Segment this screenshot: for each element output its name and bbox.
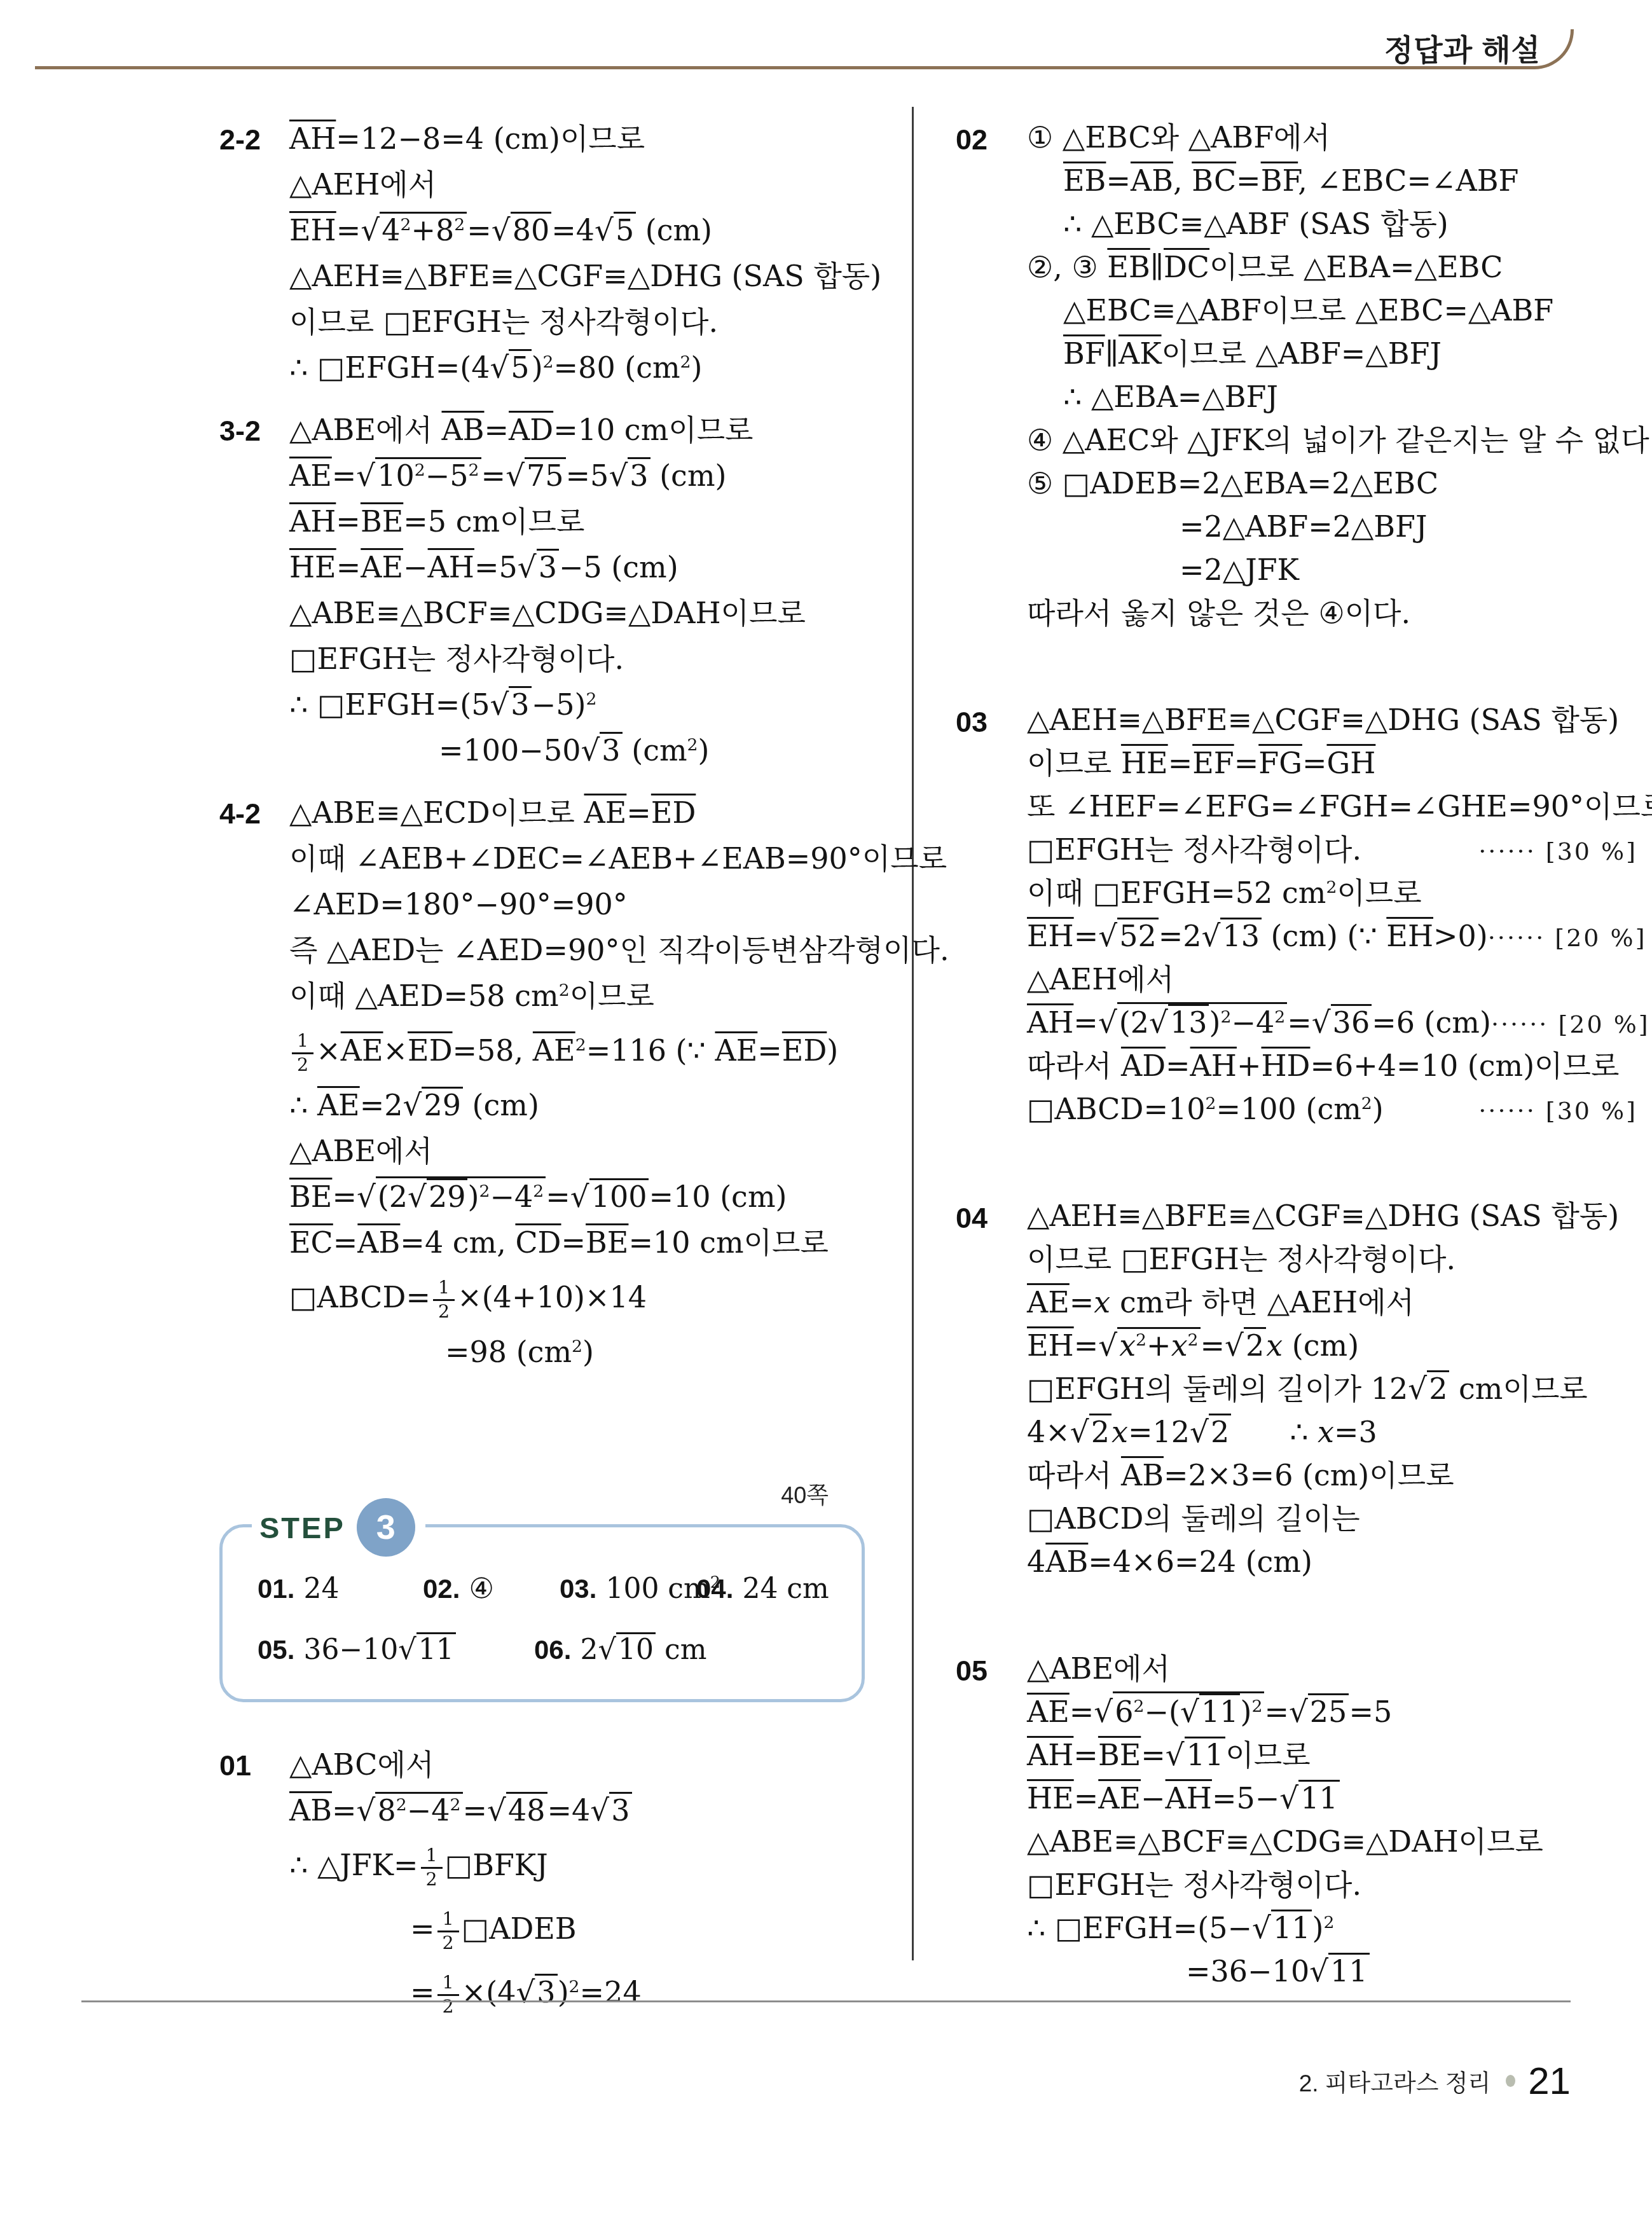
- math-text: △ABE≡△ECD이므로 AE=ED: [289, 795, 696, 830]
- math-text: AE=√62−(√11)2=√25=5: [1027, 1695, 1392, 1729]
- math-line: □EFGH는 정사각형이다.: [289, 636, 865, 682]
- math-text: =98 (cm2): [289, 1335, 594, 1369]
- math-line: AH=√(2√13)2−42=√36=6 (cm)······ [20 %]: [1027, 1001, 1637, 1044]
- numbered-solutions-right: 02① △EBC와 △ABF에서EB=AB, BC=BF, ∠EBC=∠ABF∴…: [956, 116, 1637, 1993]
- score-note: ······ [30 %]: [1478, 830, 1637, 873]
- math-line: □EFGH의 둘레의 길이가 12√2 cm이므로: [1027, 1367, 1637, 1410]
- solution-block: 03△AEH≡△BFE≡△CGF≡△DHG (SAS 합동)이므로 HE=EF=…: [956, 698, 1637, 1131]
- math-text: EH=√x2+x2=√2x (cm): [1027, 1328, 1359, 1363]
- math-line: □EFGH는 정사각형이다.······ [30 %]: [1027, 828, 1637, 871]
- math-text: AH=12−8=4 (cm)이므로: [289, 121, 645, 156]
- solution-body: △ABE≡△ECD이므로 AE=ED이때 ∠AEB+∠DEC=∠AEB+∠EAB…: [289, 790, 865, 1375]
- math-text: BE=√(2√29)2−42=√100=10 (cm): [289, 1180, 787, 1214]
- math-line: ∴ □EFGH=(5√3−5)2: [289, 682, 865, 727]
- math-text: 따라서 AB=2×3=6 (cm)이므로: [1027, 1458, 1454, 1492]
- math-text: □EFGH의 둘레의 길이가 12√2 cm이므로: [1027, 1372, 1588, 1406]
- answer-number: 02.: [423, 1574, 460, 1604]
- math-text: ②, ③ EB∥DC이므로 △EBA=△EBC: [1027, 250, 1503, 284]
- answer-item: 02.④: [423, 1573, 560, 1605]
- math-line: AH=BE=√11이므로: [1027, 1733, 1637, 1777]
- math-text: △AEH에서: [1027, 962, 1174, 996]
- footer-page-number: 21: [1528, 2059, 1571, 2103]
- math-line: △AEH에서: [1027, 958, 1637, 1001]
- math-text: AH=√(2√13)2−42=√36=6 (cm): [1027, 1001, 1491, 1045]
- step-text: STEP: [259, 1510, 345, 1545]
- math-line: □ABCD=102=100 (cm2)······ [30 %]: [1027, 1087, 1637, 1131]
- math-text: 즉 △AED는 ∠AED=90°인 직각이등변삼각형이다.: [289, 933, 949, 967]
- math-line: □ABCD=12×(4+10)×14: [289, 1265, 865, 1329]
- column-divider: [912, 107, 914, 1960]
- math-line: AH=12−8=4 (cm)이므로: [289, 116, 865, 162]
- math-text: HE=AE−AH=5√3−5 (cm): [289, 550, 678, 584]
- math-text: △AEH에서: [289, 167, 436, 202]
- right-column: 02① △EBC와 △ABF에서EB=AB, BC=BF, ∠EBC=∠ABF∴…: [956, 116, 1637, 2056]
- math-line: ∴ △JFK=12□BFKJ: [289, 1833, 865, 1897]
- footer-chapter: 2. 피타고라스 정리: [1299, 2064, 1491, 2098]
- math-text: =100−50√3 (cm2): [289, 733, 709, 767]
- math-text: =2△JFK: [1027, 553, 1299, 587]
- math-line: AE=√62−(√11)2=√25=5: [1027, 1690, 1637, 1733]
- answer-number: 01.: [258, 1574, 294, 1604]
- math-text: 4×√2x=12√2 ∴ x=3: [1027, 1415, 1377, 1449]
- math-text: ∠AED=180°−90°=90°: [289, 887, 628, 921]
- math-line: □EFGH는 정사각형이다.: [1027, 1863, 1637, 1906]
- math-text: ④ △AEC와 △JFK의 넓이가 같은지는 알 수 없다.: [1027, 423, 1652, 457]
- math-text: 따라서 옳지 않은 것은 ④이다.: [1027, 596, 1410, 630]
- math-line: =12□ADEB: [289, 1897, 865, 1960]
- solution-block: 4-2△ABE≡△ECD이므로 AE=ED이때 ∠AEB+∠DEC=∠AEB+∠…: [219, 790, 865, 1375]
- math-line: 4AB=4×6=24 (cm): [1027, 1540, 1637, 1583]
- header-rule: [35, 29, 1574, 69]
- math-text: AE=x cm라 하면 △AEH에서: [1027, 1285, 1414, 1319]
- answer-number: 04.: [696, 1574, 733, 1604]
- math-text: △ABC에서: [289, 1747, 434, 1782]
- math-line: ① △EBC와 △ABF에서: [1027, 116, 1637, 159]
- problem-number: 02: [956, 116, 1027, 635]
- math-text: □EFGH는 정사각형이다.: [1027, 828, 1361, 871]
- math-text: 12×AE×ED=58, AE2=116 (∵ AE=ED): [289, 1033, 838, 1068]
- math-text: △AEH≡△BFE≡△CGF≡△DHG (SAS 합동): [289, 259, 881, 293]
- math-line: ∴ AE=2√29 (cm): [289, 1082, 865, 1128]
- score-note: ······ [30 %]: [1478, 1089, 1637, 1132]
- math-text: AH=BE=5 cm이므로: [289, 504, 584, 539]
- math-line: HE=AE−AH=5√3−5 (cm): [289, 544, 865, 590]
- answer-value: 2√10 cm: [580, 1632, 706, 1667]
- answer-item: 05.36−10√11: [258, 1632, 534, 1667]
- answer-item: 03.100 cm2: [560, 1573, 696, 1605]
- math-line: BF∥AK이므로 △ABF=△BFJ: [1027, 332, 1637, 375]
- math-text: ∴ □EFGH=(4√5)2=80 (cm2): [289, 350, 703, 385]
- score-note: ······ [20 %]: [1488, 916, 1647, 960]
- math-text: 따라서 AD=AH+HD=6+4=10 (cm)이므로: [1027, 1049, 1619, 1083]
- answer-value: ④: [469, 1573, 493, 1605]
- math-line: EH=√42+82=√80=4√5 (cm): [289, 207, 865, 253]
- math-line: AE=x cm라 하면 △AEH에서: [1027, 1281, 1637, 1324]
- math-line: ⑤ □ADEB=2△EBA=2△EBC: [1027, 462, 1637, 505]
- footer-dot: [1506, 2075, 1515, 2087]
- math-line: 이때 △AED=58 cm2이므로: [289, 973, 865, 1019]
- math-text: =2△ABF=2△BFJ: [1027, 509, 1427, 544]
- math-text: □ABCD=12×(4+10)×14: [289, 1280, 647, 1314]
- answer-number: 05.: [258, 1635, 294, 1665]
- math-text: 이때 ∠AEB+∠DEC=∠AEB+∠EAB=90°이므로: [289, 841, 947, 876]
- answer-item: 04.24 cm: [696, 1573, 829, 1605]
- math-text: ∴ △EBA=△BFJ: [1027, 380, 1278, 414]
- math-line: 이므로 □EFGH는 정사각형이다.: [289, 299, 865, 345]
- math-text: =36−10√11: [1027, 1954, 1370, 1988]
- math-line: 이므로 HE=EF=FG=GH: [1027, 741, 1637, 785]
- math-text: ∴ □EFGH=(5−√11)2: [1027, 1911, 1334, 1945]
- math-text: ∴ △EBC≡△ABF (SAS 합동): [1027, 207, 1449, 241]
- math-line: 또 ∠HEF=∠EFG=∠FGH=∠GHE=90°이므로: [1027, 785, 1637, 828]
- math-text: EC=AB=4 cm, CD=BE=10 cm이므로: [289, 1225, 829, 1260]
- problem-number: 01: [219, 1742, 289, 2024]
- solution-body: △AEH≡△BFE≡△CGF≡△DHG (SAS 합동)이므로 HE=EF=FG…: [1027, 698, 1637, 1131]
- math-text: △ABE≡△BCF≡△CDG≡△DAH이므로: [289, 596, 806, 630]
- answer-item: 01.24: [258, 1573, 423, 1605]
- answer-value: 36−10√11: [303, 1632, 455, 1667]
- math-line: △ABC에서: [289, 1742, 865, 1787]
- math-text: ⑤ □ADEB=2△EBA=2△EBC: [1027, 466, 1438, 500]
- math-line: ∴ □EFGH=(5−√11)2: [1027, 1906, 1637, 1950]
- math-text: EH=√52=2√13 (cm) (∵ EH>0): [1027, 914, 1488, 958]
- footer: 2. 피타고라스 정리 21: [1299, 2059, 1571, 2103]
- solution-body: △AEH≡△BFE≡△CGF≡△DHG (SAS 합동)이므로 □EFGH는 정…: [1027, 1194, 1637, 1583]
- math-text: △ABE에서: [1027, 1651, 1170, 1686]
- math-line: △ABE에서 AB=AD=10 cm이므로: [289, 407, 865, 453]
- math-line: =36−10√11: [1027, 1950, 1637, 1993]
- math-text: =12□ADEB: [289, 1911, 577, 1946]
- math-line: △AEH≡△BFE≡△CGF≡△DHG (SAS 합동): [1027, 1194, 1637, 1237]
- math-text: AH=BE=√11이므로: [1027, 1738, 1311, 1772]
- math-line: ∠AED=180°−90°=90°: [289, 881, 865, 927]
- answer-list: 01.2402.④03.100 cm204.24 cm05.36−10√1106…: [258, 1558, 862, 1680]
- step3-answer-box: STEP 3 40쪽 01.2402.④03.100 cm204.24 cm05…: [219, 1524, 865, 1702]
- problem-number: 03: [956, 698, 1027, 1131]
- math-line: 이때 □EFGH=52 cm2이므로: [1027, 871, 1637, 914]
- math-text: △AEH≡△BFE≡△CGF≡△DHG (SAS 합동): [1027, 1199, 1619, 1233]
- math-line: △EBC≡△ABF이므로 △EBC=△ABF: [1027, 289, 1637, 332]
- step-number-badge: 3: [357, 1498, 415, 1557]
- solution-body: △ABE에서AE=√62−(√11)2=√25=5AH=BE=√11이므로HE=…: [1027, 1647, 1637, 1993]
- math-line: △AEH에서: [289, 162, 865, 207]
- math-line: ②, ③ EB∥DC이므로 △EBA=△EBC: [1027, 245, 1637, 289]
- math-text: AB=√82−42=√48=4√3: [289, 1793, 632, 1827]
- solution-block: 02① △EBC와 △ABF에서EB=AB, BC=BF, ∠EBC=∠ABF∴…: [956, 116, 1637, 635]
- problem-number: 4-2: [219, 790, 289, 1375]
- answer-row: 05.36−10√1106.2√10 cm: [258, 1619, 862, 1680]
- math-line: ∴ □EFGH=(4√5)2=80 (cm2): [289, 345, 865, 390]
- math-text: □ABCD=102=100 (cm2): [1027, 1087, 1384, 1131]
- math-text: EB=AB, BC=BF, ∠EBC=∠ABF: [1027, 163, 1518, 198]
- step3-label: STEP 3: [252, 1494, 425, 1560]
- answer-value: 24 cm: [742, 1573, 829, 1605]
- problem-number: 2-2: [219, 116, 289, 390]
- math-line: △ABE에서: [289, 1128, 865, 1174]
- math-line: △AEH≡△BFE≡△CGF≡△DHG (SAS 합동): [289, 253, 865, 299]
- math-line: EC=AB=4 cm, CD=BE=10 cm이므로: [289, 1220, 865, 1265]
- answer-row: 01.2402.④03.100 cm204.24 cm: [258, 1558, 862, 1619]
- numbered-solutions-left: 01△ABC에서AB=√82−42=√48=4√3∴ △JFK=12□BFKJ=…: [219, 1742, 865, 2024]
- math-text: BF∥AK이므로 △ABF=△BFJ: [1027, 336, 1442, 371]
- math-line: EH=√52=2√13 (cm) (∵ EH>0)······ [20 %]: [1027, 914, 1637, 958]
- math-line: 4×√2x=12√2 ∴ x=3: [1027, 1410, 1637, 1454]
- problem-number: 05: [956, 1647, 1027, 1993]
- math-line: △AEH≡△BFE≡△CGF≡△DHG (SAS 합동): [1027, 698, 1637, 741]
- math-line: ∴ △EBA=△BFJ: [1027, 375, 1637, 418]
- left-column: 2-2AH=12−8=4 (cm)이므로△AEH에서EH=√42+82=√80=…: [219, 116, 865, 2041]
- math-line: □ABCD의 둘레의 길이는: [1027, 1497, 1637, 1540]
- math-line: BE=√(2√29)2−42=√100=10 (cm): [289, 1174, 865, 1220]
- solution-block: 01△ABC에서AB=√82−42=√48=4√3∴ △JFK=12□BFKJ=…: [219, 1742, 865, 2024]
- math-line: AE=√102−52=√75=5√3 (cm): [289, 453, 865, 499]
- math-line: 즉 △AED는 ∠AED=90°인 직각이등변삼각형이다.: [289, 927, 865, 973]
- math-text: ∴ AE=2√29 (cm): [289, 1088, 539, 1122]
- math-line: 이때 ∠AEB+∠DEC=∠AEB+∠EAB=90°이므로: [289, 836, 865, 881]
- math-text: △ABE에서 AB=AD=10 cm이므로: [289, 413, 754, 447]
- score-note: ······ [20 %]: [1491, 1003, 1650, 1046]
- math-line: EH=√x2+x2=√2x (cm): [1027, 1324, 1637, 1367]
- solution-body: △ABE에서 AB=AD=10 cm이므로AE=√102−52=√75=5√3 …: [289, 407, 865, 773]
- page-ref: 40쪽: [781, 1478, 829, 1510]
- math-text: △ABE에서: [289, 1134, 432, 1168]
- math-line: 따라서 옳지 않은 것은 ④이다.: [1027, 591, 1637, 635]
- math-line: △ABE≡△ECD이므로 AE=ED: [289, 790, 865, 836]
- problem-number: 3-2: [219, 407, 289, 773]
- math-line: =2△JFK: [1027, 548, 1637, 591]
- math-text: △EBC≡△ABF이므로 △EBC=△ABF: [1027, 293, 1553, 327]
- math-text: ∴ □EFGH=(5√3−5)2: [289, 687, 596, 722]
- math-line: AH=BE=5 cm이므로: [289, 499, 865, 544]
- math-line: =12×(4√3)2=24: [289, 1960, 865, 2024]
- solution-block: 05△ABE에서AE=√62−(√11)2=√25=5AH=BE=√11이므로H…: [956, 1647, 1637, 1993]
- solution-body: ① △EBC와 △ABF에서EB=AB, BC=BF, ∠EBC=∠ABF∴ △…: [1027, 116, 1637, 635]
- math-line: △ABE≡△BCF≡△CDG≡△DAH이므로: [1027, 1820, 1637, 1863]
- problem-number: 04: [956, 1194, 1027, 1583]
- solution-body: AH=12−8=4 (cm)이므로△AEH에서EH=√42+82=√80=4√5…: [289, 116, 865, 390]
- math-line: =2△ABF=2△BFJ: [1027, 505, 1637, 548]
- solution-body: △ABC에서AB=√82−42=√48=4√3∴ △JFK=12□BFKJ=12…: [289, 1742, 865, 2024]
- math-line: ④ △AEC와 △JFK의 넓이가 같은지는 알 수 없다.: [1027, 418, 1637, 462]
- math-text: AE=√102−52=√75=5√3 (cm): [289, 458, 726, 493]
- answer-value: 24: [303, 1573, 339, 1605]
- math-text: ① △EBC와 △ABF에서: [1027, 120, 1330, 155]
- math-line: 12×AE×ED=58, AE2=116 (∵ AE=ED): [289, 1019, 865, 1082]
- math-line: 따라서 AD=AH+HD=6+4=10 (cm)이므로: [1027, 1044, 1637, 1087]
- math-text: ∴ △JFK=12□BFKJ: [289, 1848, 548, 1882]
- math-line: 이므로 □EFGH는 정사각형이다.: [1027, 1237, 1637, 1281]
- math-line: =98 (cm2): [289, 1329, 865, 1375]
- footer-rule: [81, 2000, 1571, 2002]
- solution-block: 04△AEH≡△BFE≡△CGF≡△DHG (SAS 합동)이므로 □EFGH는…: [956, 1194, 1637, 1583]
- math-line: △ABE에서: [1027, 1647, 1637, 1690]
- math-text: =12×(4√3)2=24: [289, 1975, 642, 2009]
- math-text: 이므로 HE=EF=FG=GH: [1027, 746, 1375, 780]
- math-text: 이때 △AED=58 cm2이므로: [289, 979, 654, 1013]
- math-text: 또 ∠HEF=∠EFG=∠FGH=∠GHE=90°이므로: [1027, 789, 1652, 823]
- math-line: 따라서 AB=2×3=6 (cm)이므로: [1027, 1454, 1637, 1497]
- math-text: 이므로 □EFGH는 정사각형이다.: [1027, 1242, 1456, 1276]
- math-text: □EFGH는 정사각형이다.: [1027, 1868, 1361, 1902]
- math-text: □EFGH는 정사각형이다.: [289, 642, 624, 676]
- math-text: 이때 □EFGH=52 cm2이므로: [1027, 876, 1422, 910]
- solution-block: 3-2△ABE에서 AB=AD=10 cm이므로AE=√102−52=√75=5…: [219, 407, 865, 773]
- math-text: □ABCD의 둘레의 길이는: [1027, 1501, 1360, 1536]
- page: 정답과 해설 2-2AH=12−8=4 (cm)이므로△AEH에서EH=√42+…: [0, 0, 1652, 2230]
- math-line: =100−50√3 (cm2): [289, 727, 865, 773]
- math-text: △ABE≡△BCF≡△CDG≡△DAH이므로: [1027, 1824, 1543, 1859]
- math-text: △AEH≡△BFE≡△CGF≡△DHG (SAS 합동): [1027, 703, 1619, 737]
- example-solutions: 2-2AH=12−8=4 (cm)이므로△AEH에서EH=√42+82=√80=…: [219, 116, 865, 1375]
- math-line: AB=√82−42=√48=4√3: [289, 1787, 865, 1833]
- math-line: △ABE≡△BCF≡△CDG≡△DAH이므로: [289, 590, 865, 636]
- math-line: HE=AE−AH=5−√11: [1027, 1777, 1637, 1820]
- answer-item: 06.2√10 cm: [534, 1632, 706, 1667]
- math-text: 4AB=4×6=24 (cm): [1027, 1545, 1312, 1579]
- math-text: EH=√42+82=√80=4√5 (cm): [289, 213, 712, 247]
- math-text: HE=AE−AH=5−√11: [1027, 1781, 1340, 1815]
- math-line: EB=AB, BC=BF, ∠EBC=∠ABF: [1027, 159, 1637, 202]
- answer-number: 03.: [560, 1574, 596, 1604]
- solution-block: 2-2AH=12−8=4 (cm)이므로△AEH에서EH=√42+82=√80=…: [219, 116, 865, 390]
- answer-number: 06.: [534, 1635, 571, 1665]
- math-line: ∴ △EBC≡△ABF (SAS 합동): [1027, 202, 1637, 245]
- math-text: 이므로 □EFGH는 정사각형이다.: [289, 305, 718, 339]
